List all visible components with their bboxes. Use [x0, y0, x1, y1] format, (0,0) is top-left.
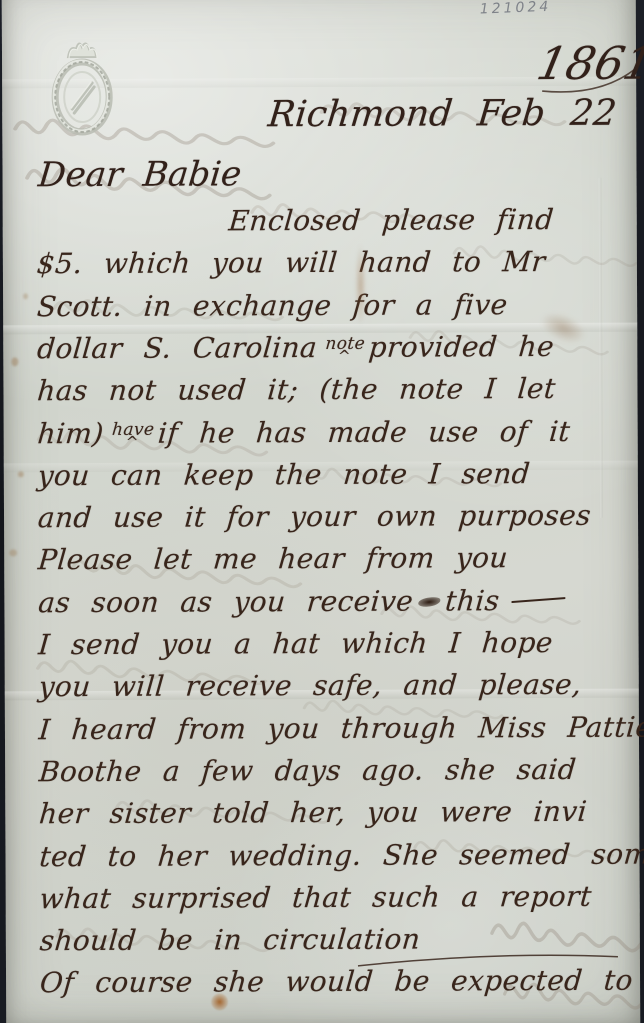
letter-line: what surprised that such a report	[38, 880, 593, 915]
letter-line: ted to her wedding. She seemed some	[38, 837, 644, 873]
letter-line: as soon as you receivethis	[37, 584, 567, 619]
letter-text: Scott. in exchange for a five	[36, 288, 509, 323]
letter-text: you will receive safe, and please,	[37, 668, 582, 703]
letter-text: Of course she would be expected to	[39, 964, 635, 1000]
letter-text: him)	[36, 417, 105, 450]
letter-text: what surprised that such a report	[38, 880, 593, 915]
letter-text: as soon as you receive	[37, 585, 415, 620]
letter-line: Enclosed please find	[227, 203, 555, 237]
letter-text: ted to her wedding. She seemed some	[38, 837, 644, 873]
letter-line: $5. which you will hand to Mr	[36, 245, 547, 280]
letter-text: you can keep the note I send	[36, 457, 531, 492]
letter-line: you can keep the note I send	[36, 457, 531, 492]
letter-text: I heard from you through Miss Pattie	[38, 711, 644, 747]
letter-text: I send you a hat which I hope	[37, 626, 554, 661]
letter-text: Boothe a few days ago. she said	[38, 753, 578, 788]
letter-line: and use it for your own purposes	[37, 499, 593, 534]
letter-line: dollar S. Carolinanote^provided he	[36, 330, 556, 365]
letter-line: him)have^if he has made use of it	[36, 415, 571, 450]
letter-line: Of course she would be expected to	[39, 964, 635, 1000]
inserted-word: note^	[324, 338, 366, 361]
letter-line: Scott. in exchange for a five	[36, 288, 509, 323]
letter-line: Please let me hear from you	[37, 541, 509, 576]
letter-text: $5. which you will hand to Mr	[36, 245, 547, 280]
photo-frame: 121024 1861 Richmond Feb 22 Dear Babie E…	[0, 0, 644, 1023]
letter-line: should be in circulation	[38, 923, 421, 958]
letter-text: Enclosed please find	[227, 203, 555, 237]
letter-paper: 121024 1861 Richmond Feb 22 Dear Babie E…	[2, 0, 641, 1023]
inserted-word: have^	[111, 424, 155, 447]
letter-text: dollar S. Carolina	[36, 331, 319, 365]
letter-text: provided he	[367, 330, 555, 364]
letter-line: has not used it; (the note I let	[36, 372, 557, 407]
letter-body: Enclosed please find$5. which you will h…	[2, 0, 641, 1023]
letter-text: has not used it; (the note I let	[36, 372, 557, 407]
letter-line: you will receive safe, and please,	[37, 668, 582, 703]
ink-blot	[418, 597, 440, 608]
letter-line: Boothe a few days ago. she said	[38, 753, 578, 788]
letter-text: her sister told her, you were invi	[38, 795, 588, 830]
letter-text: Please let me hear from you	[37, 541, 509, 576]
letter-text: should be in circulation	[38, 923, 421, 958]
letter-line: I heard from you through Miss Pattie	[38, 711, 644, 747]
letter-line: her sister told her, you were invi	[38, 795, 588, 830]
letter-line: I send you a hat which I hope	[37, 626, 554, 661]
letter-text: this	[444, 584, 501, 617]
pen-dash	[511, 597, 565, 603]
letter-text: if he has made use of it	[157, 415, 572, 450]
letter-text: and use it for your own purposes	[37, 499, 593, 534]
